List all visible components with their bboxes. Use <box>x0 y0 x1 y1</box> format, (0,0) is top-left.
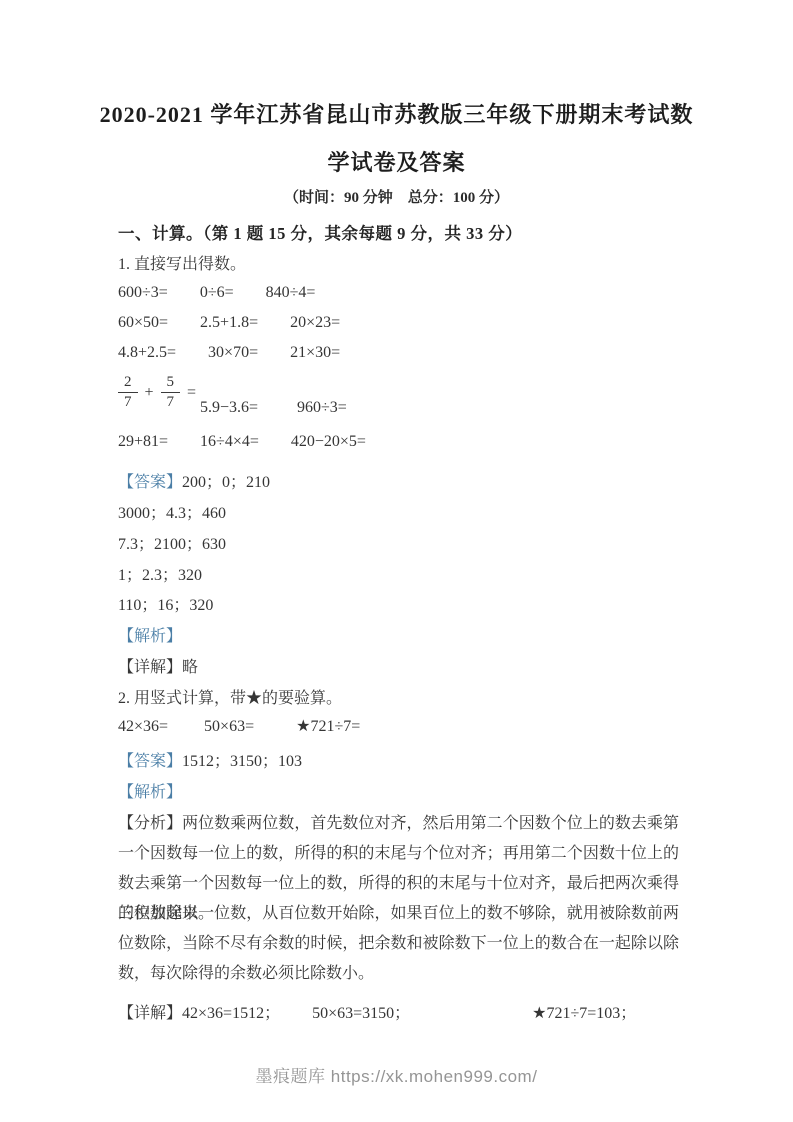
q1-analysis-label: 【解析】 <box>118 623 182 646</box>
fraction-numerator: 5 <box>161 374 181 393</box>
equation: 0÷6= <box>200 284 234 302</box>
equation: 50×63= <box>204 718 254 736</box>
equals-sign: = <box>187 384 196 402</box>
exam-document-page: 2020-2021 学年江苏省昆山市苏教版三年级下册期末考试数 学试卷及答案 （… <box>0 0 793 1122</box>
detail-equation: ★721÷7=103； <box>532 1005 636 1022</box>
page-title-line1: 2020-2021 学年江苏省昆山市苏教版三年级下册期末考试数 <box>0 98 793 129</box>
star-equation: ★721÷7= <box>296 716 360 736</box>
q1-answer-line-2: 3000；4.3；460 <box>118 500 226 523</box>
q1-equation-row-2: 60×50= 2.5+1.8= 20×23= <box>118 314 340 332</box>
question-2-prompt: 2. 用竖式计算，带★的要验算。 <box>118 685 342 708</box>
equation: 600÷3= <box>118 284 168 302</box>
plus-operator: + <box>145 384 154 402</box>
q1-answer-line-1: 【答案】200；0；210 <box>118 469 270 492</box>
detail-equation: 42×36=1512； <box>182 1005 280 1022</box>
q1-answer-line-3: 7.3；2100；630 <box>118 531 226 554</box>
q1-answer-line-4: 1；2.3；320 <box>118 562 202 585</box>
equation: 16÷4×4= <box>200 433 259 451</box>
q2-answer-line: 【答案】1512；3150；103 <box>118 748 302 771</box>
fraction: 2 7 <box>118 374 138 412</box>
answer-label: 【答案】 <box>118 753 182 770</box>
page-title-line2: 学试卷及答案 <box>0 146 793 177</box>
section-1-heading: 一、计算。（第 1 题 15 分，其余每题 9 分，共 33 分） <box>118 220 522 244</box>
fraction: 5 7 <box>161 374 181 412</box>
equation: 4.8+2.5= <box>118 344 176 362</box>
q1-equation-row-1: 600÷3= 0÷6= 840÷4= <box>118 284 315 302</box>
fraction-denominator: 7 <box>161 393 181 411</box>
equation: 840÷4= <box>266 284 316 302</box>
equation: 20×23= <box>290 314 340 332</box>
detail-label: 【详解】 <box>118 659 182 676</box>
equation: 60×50= <box>118 314 168 332</box>
equation: 5.9−3.6= <box>200 399 258 417</box>
q1-equation-row-5: 29+81= 16÷4×4= 420−20×5= <box>118 433 366 451</box>
q2-analysis-paragraph-2: 三位数除以一位数，从百位数开始除，如果百位上的数不够除，就用被除数前两位数除，当… <box>118 899 679 989</box>
equation: 2.5+1.8= <box>200 314 258 332</box>
q1-answer-line-5: 110；16；320 <box>118 592 213 615</box>
detail-text: 略 <box>182 659 198 676</box>
detail-label: 【详解】 <box>118 1005 182 1022</box>
equation: 42×36= <box>118 718 168 736</box>
q1-detail-line: 【详解】略 <box>118 654 198 677</box>
equation: 29+81= <box>118 433 168 451</box>
q1-fraction-equation: 2 7 + 5 7 = <box>118 374 199 412</box>
answer-label: 【答案】 <box>118 474 182 491</box>
exam-time-score-subtitle: （时间：90 分钟 总分：100 分） <box>0 186 793 207</box>
answer-values: 1512；3150；103 <box>182 753 302 770</box>
detail-equation: 50×63=3150； <box>312 1005 410 1022</box>
q2-detail-line: 【详解】42×36=1512；50×63=3150；★721÷7=103； <box>118 1000 636 1023</box>
answer-values: 200；0；210 <box>182 474 270 491</box>
question-1-prompt: 1. 直接写出得数。 <box>118 251 246 274</box>
q2-equation-row: 42×36= 50×63= ★721÷7= <box>118 716 360 736</box>
fraction-numerator: 2 <box>118 374 138 393</box>
equation: 960÷3= <box>297 399 347 417</box>
q1-equation-row-3: 4.8+2.5= 30×70= 21×30= <box>118 344 340 362</box>
equation: 21×30= <box>290 344 340 362</box>
q2-analysis-label: 【解析】 <box>118 779 182 802</box>
fraction-denominator: 7 <box>118 393 138 411</box>
equation: 420−20×5= <box>291 433 366 451</box>
site-footer-watermark: 墨痕题库 https://xk.mohen999.com/ <box>0 1062 793 1087</box>
equation: 30×70= <box>208 344 258 362</box>
